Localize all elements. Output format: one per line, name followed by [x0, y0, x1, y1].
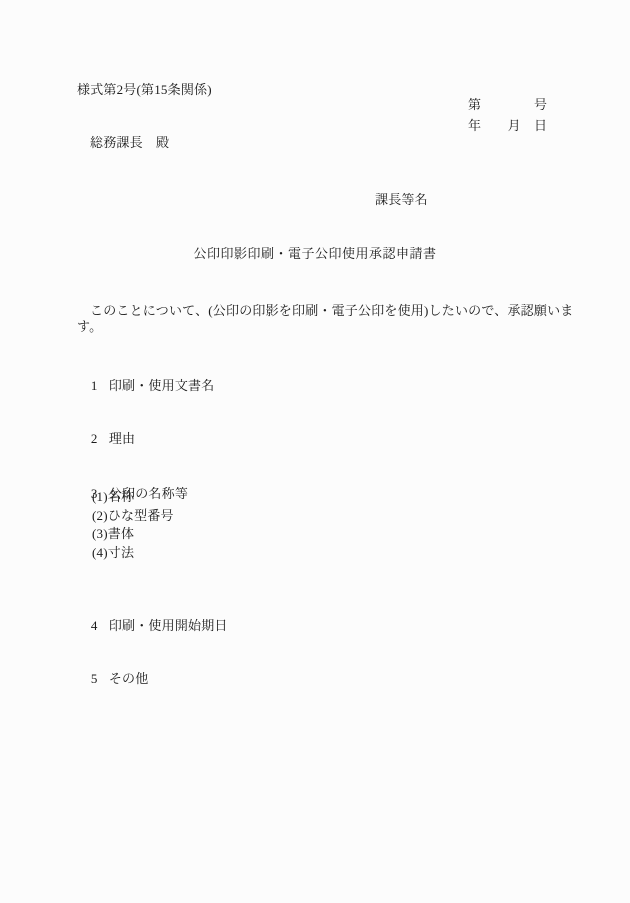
item-1-label: 印刷・使用文書名 [109, 378, 215, 393]
body-text: このことについて、(公印の印影を印刷・電子公印を使用)したいので、承認願います。 [77, 303, 587, 334]
item-5-label: その他 [109, 671, 149, 686]
item-5-number: 5 [91, 671, 109, 687]
item-3-sub-3: (3)書体 [92, 526, 134, 542]
item-2: 2理由 [77, 415, 135, 462]
date-line: 年 月 日 [468, 118, 547, 134]
item-4-label: 印刷・使用開始期日 [109, 618, 228, 633]
sender-name: 課長等名 [375, 192, 428, 208]
form-number: 様式第2号(第15条関係) [77, 82, 212, 98]
item-3-sub-2: (2)ひな型番号 [92, 508, 174, 524]
item-4-number: 4 [91, 618, 109, 634]
item-2-number: 2 [91, 431, 109, 447]
item-3-sub-4: (4)寸法 [92, 545, 134, 561]
document-title: 公印印影印刷・電子公印使用承認申請書 [0, 246, 630, 262]
item-1: 1印刷・使用文書名 [77, 362, 214, 409]
addressee: 総務課長 殿 [90, 135, 169, 151]
item-2-label: 理由 [109, 431, 135, 446]
item-5: 5その他 [77, 655, 148, 702]
item-1-number: 1 [91, 378, 109, 394]
document-number-line: 第 号 [468, 97, 547, 113]
item-3-sub-1: (1)名称 [92, 489, 134, 505]
document-page: 様式第2号(第15条関係) 第 号 年 月 日 総務課長 殿 課長等名 公印印影… [0, 0, 630, 903]
item-4: 4印刷・使用開始期日 [77, 602, 228, 649]
